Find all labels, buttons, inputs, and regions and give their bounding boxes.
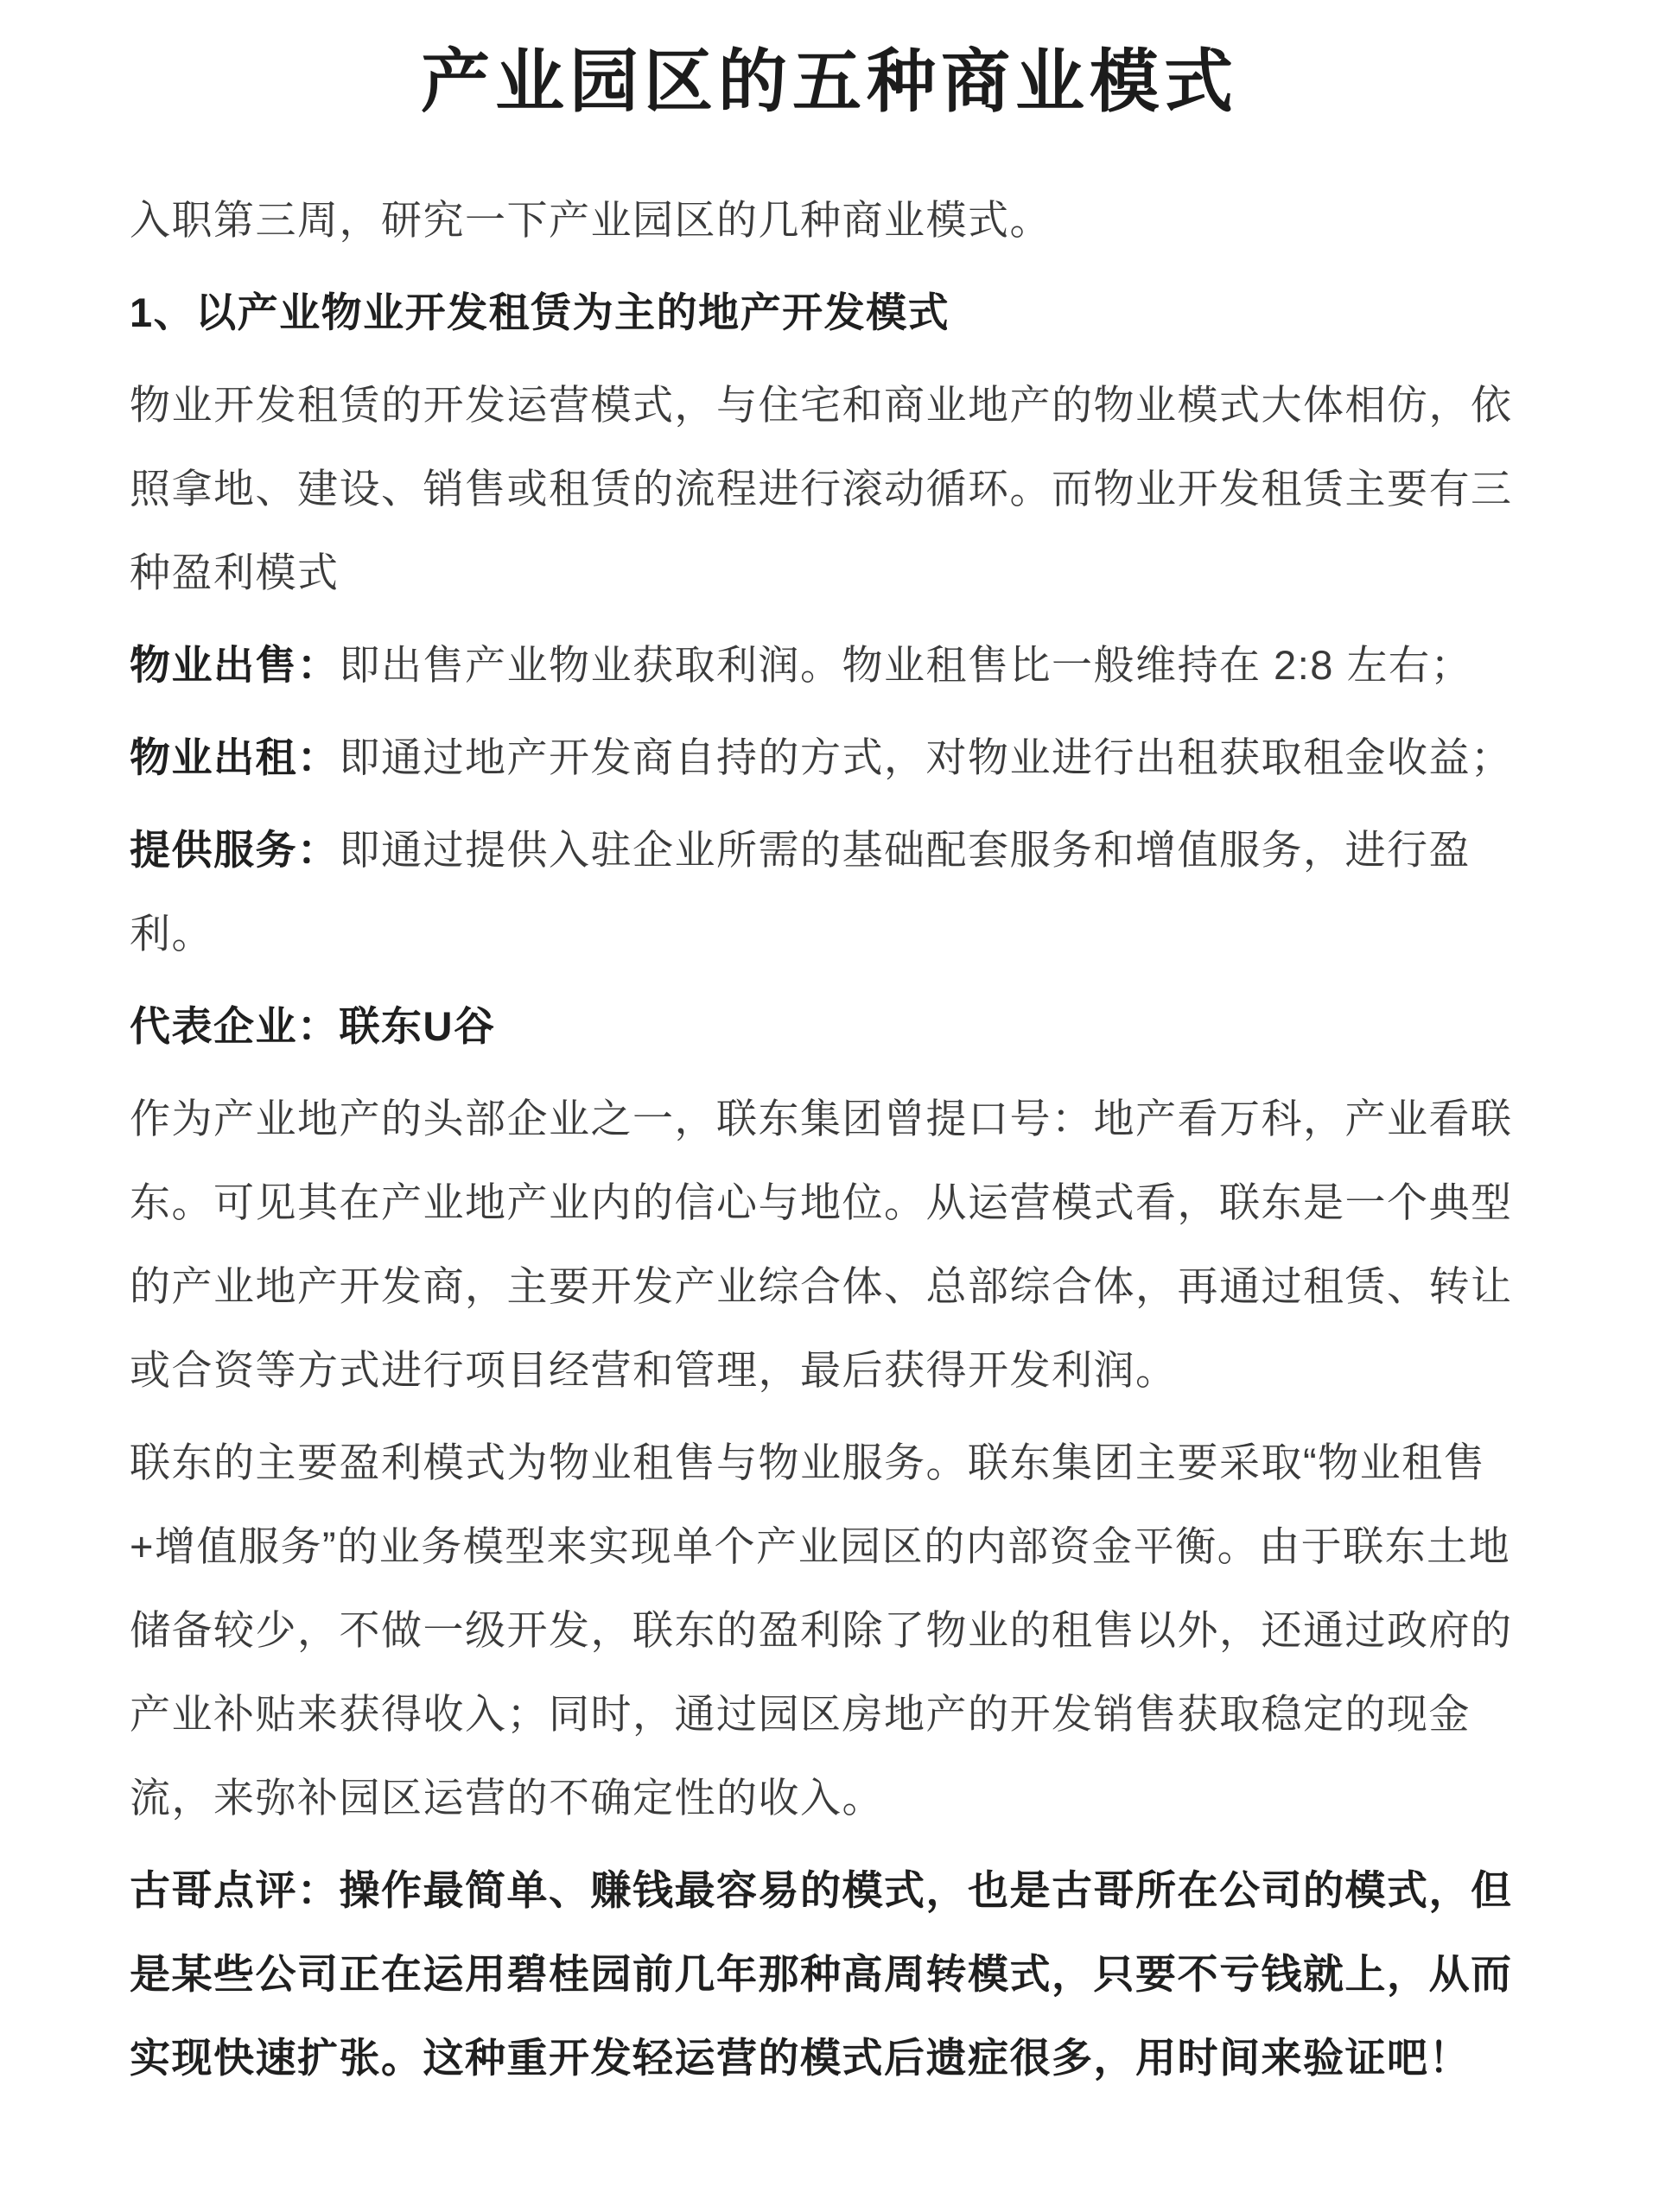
document-page: 产业园区的五种商业模式 入职第三周，研究一下产业园区的几种商业模式。 1、以产业… <box>0 0 1659 2212</box>
liandong-profit-paragraph: 联东的主要盈利模式为物业租售与物业服务。联东集团主要采取“物业租售+增值服务”的… <box>130 1421 1529 1840</box>
profit-model-sale-label: 物业出售： <box>130 642 340 688</box>
profit-model-sale-description: 即出售产业物业获取利润。物业租售比一般维持在 2:8 左右； <box>340 642 1472 688</box>
profit-model-sale: 物业出售：即出售产业物业获取利润。物业租售比一般维持在 2:8 左右； <box>130 623 1529 707</box>
document-content: 产业园区的五种商业模式 入职第三周，研究一下产业园区的几种商业模式。 1、以产业… <box>0 0 1659 2100</box>
profit-model-service: 提供服务：即通过提供入驻企业所需的基础配套服务和增值服务，进行盈利。 <box>130 808 1529 976</box>
profit-model-service-label: 提供服务： <box>130 827 340 873</box>
section1-heading: 1、以产业物业开发租赁为主的地产开发模式 <box>130 270 1529 354</box>
profit-model-lease-description: 即通过地产开发商自持的方式，对物业进行出租获取租金收益； <box>340 734 1513 780</box>
page-title: 产业园区的五种商业模式 <box>130 35 1529 130</box>
liandong-overview-paragraph: 作为产业地产的头部企业之一，联东集团曾提口号：地产看万科，产业看联东。可见其在产… <box>130 1077 1529 1412</box>
gouge-comment-paragraph: 古哥点评：操作最简单、赚钱最容易的模式，也是古哥所在公司的模式，但是某些公司正在… <box>130 1848 1529 2100</box>
section1-overview-paragraph: 物业开发租赁的开发运营模式，与住宅和商业地产的物业模式大体相仿，依照拿地、建设、… <box>130 363 1529 614</box>
representative-company-heading: 代表企业：联东U谷 <box>130 984 1529 1068</box>
intro-paragraph: 入职第三周，研究一下产业园区的几种商业模式。 <box>130 178 1529 262</box>
profit-model-lease-label: 物业出租： <box>130 734 340 780</box>
profit-model-lease: 物业出租：即通过地产开发商自持的方式，对物业进行出租获取租金收益； <box>130 715 1529 799</box>
